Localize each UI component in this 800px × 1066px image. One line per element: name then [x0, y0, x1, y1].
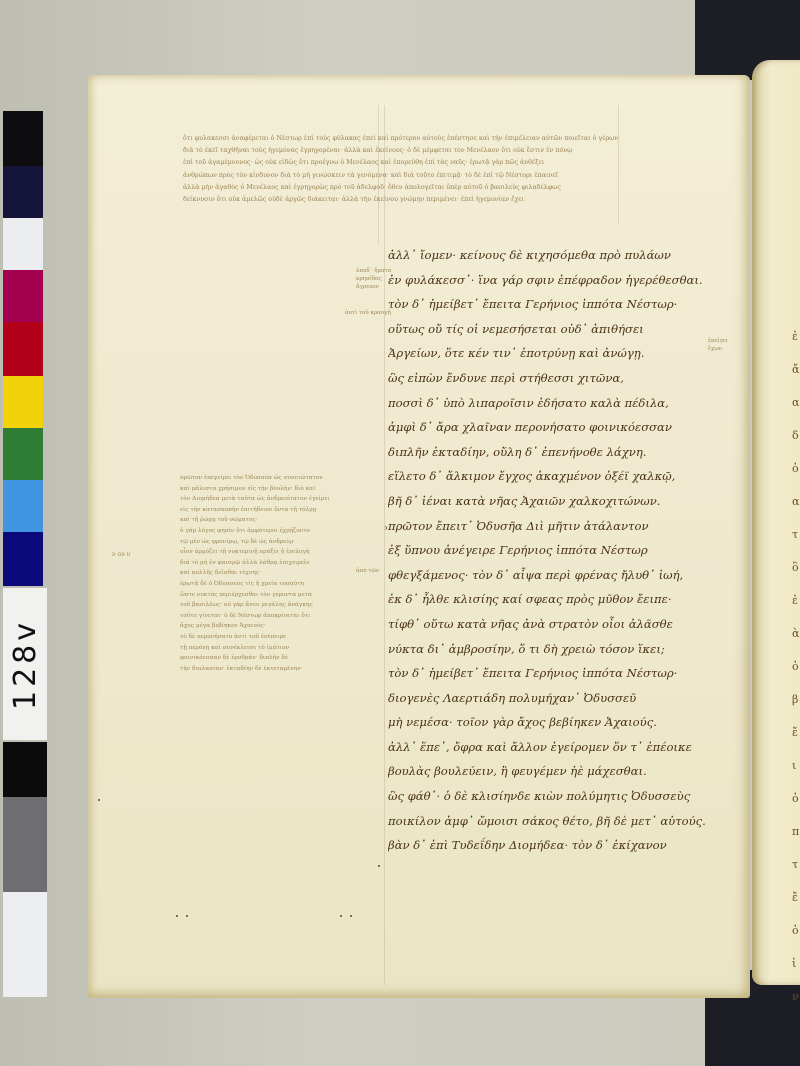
scholia-line: ἀνθρώπων πρὸς τὸν κίνδυνον διὰ τὸ μὴ γιν…: [183, 170, 723, 182]
verse-line: νύκτα δι᾽ ἀμβροσίην, ὅ τι δὴ χρειὼ τόσον…: [388, 637, 758, 662]
scholia-line: οἷον ἀρμόζει τῇ νυκτερινῇ πράξει ἡ ἐπιλο…: [180, 547, 360, 558]
scholia-line: τῇ περόνῃ καὶ συνέκλεισε τὸ ἱμάτιον: [180, 643, 360, 654]
scholia-line: πρῶτον ἐπεγείρει τὸν Ὀδυσσέα ὡς συνετώτα…: [180, 473, 360, 484]
scholia-line: τοῦ βασιλέως· οὐ γὰρ ἄνευ μεγάλης ἀνάγκη…: [180, 600, 360, 611]
facing-page-letter: ὁ: [792, 650, 799, 683]
facing-page-letter: ἐ: [792, 320, 799, 353]
swatch-dark-navy: [3, 166, 43, 218]
scholia-line: τὸν Διομήδεα μετὰ ταῦτα ὡς ἀνδρειότατον …: [180, 494, 360, 505]
verse-line: οὕτως οὔ τίς οἱ νεμεσήσεται οὐδ᾽ ἀπιθήσε…: [388, 317, 758, 342]
facing-page-letter: ὰ: [792, 617, 799, 650]
swatch-magenta: [3, 270, 43, 322]
scholia-line: τὸ δὲ περονήσατο ἀντὶ τοῦ ἐνέπειρε: [180, 632, 360, 643]
verse-line: ὣς εἰπὼν ἔνδυνε περὶ στήθεσσι χιτῶνα,: [388, 366, 758, 391]
scholia-line: εἰς τὴν κατασκοπὴν ἐπιτήδειον ὄντα τῇ τό…: [180, 505, 360, 516]
facing-page-letter: ἱ: [792, 947, 799, 980]
top-scholia: ὅτι φυλακεσσι ἀναφέρεται ὁ Νέστωρ ἐπὶ το…: [183, 133, 723, 206]
verse-line: βῆ δ᾽ ἰέναι κατὰ νῆας Ἀχαιῶν χαλκοχιτώνω…: [388, 489, 758, 514]
scholia-line: ὁ γὰρ λόγος φησὶν ὅτι ἀμφότεροι ἐχρῄζοντ…: [180, 526, 360, 537]
verse-line: βουλὰς βουλεύειν, ἢ φευγέμεν ἠὲ μάχεσθαι…: [388, 759, 758, 784]
swatch-grey: [3, 797, 47, 892]
verse-line: ἐκ δ᾽ ἦλθε κλισίης καί σφεας πρὸς μῦθον …: [388, 587, 758, 612]
facing-page-edge: ἐἄαδὁατὃἐὰὁβἔιὁπτἔὁἱν: [752, 60, 800, 985]
scholia-line: φοινικόεσσαν δὲ ἐρυθράν· διπλῆν δὲ: [180, 653, 360, 664]
facing-page-letter: ἄ: [792, 353, 799, 386]
scholia-line: τοῦτο γίνεται· ὁ δὲ Νέστωρ ἀποκρίνεται ὅ…: [180, 611, 360, 622]
verse-line: εἵλετο δ᾽ ἄλκιμον ἔγχος ἀκαχμένον ὀξέϊ χ…: [388, 464, 758, 489]
scholia-line: ἐρωτᾷ δὲ ὁ Ὀδυσσεὺς τίς ἡ χρεία τοσαύτη: [180, 579, 360, 590]
verse-line: βὰν δ᾽ ἐπὶ Τυδεΐδην Διομήδεα· τὸν δ᾽ ἐκί…: [388, 833, 758, 858]
verse-line: τίφθ᾽ οὕτω κατὰ νῆας ἀνὰ στρατὸν οἶοι ἀλ…: [388, 612, 758, 637]
swatch-navy-blue: [3, 532, 43, 586]
prick-mark: [176, 915, 178, 917]
verse-line: πρῶτον ἔπειτ᾽ Ὀδυσῆα Διὶ μῆτιν ἀτάλαντον: [388, 514, 758, 539]
verse-line: φθεγξάμενος· τὸν δ᾽ αἶψα περὶ φρένας ἤλυ…: [388, 563, 758, 588]
facing-page-letter: ι: [792, 749, 799, 782]
scholia-line: καὶ τῇ ῥώμῃ τοῦ σώματος·: [180, 515, 360, 526]
facing-page-letter: τ: [792, 518, 799, 551]
scholia-line: ἀλλὰ μὴν ἀγαθὸς ὁ Μενέλαος καὶ ἐγρηγορὼς…: [183, 182, 723, 194]
color-calibration-bar: [3, 111, 43, 586]
ruling-line: [384, 105, 385, 985]
prick-mark: [340, 915, 342, 917]
ink-dot: [378, 865, 380, 867]
main-text-column: ἀλλ᾽ ἴομεν· κείνους δὲ κιχησόμεθα πρὸ πυ…: [388, 243, 758, 858]
facing-page-letter: ὃ: [792, 551, 799, 584]
facing-page-letter: β: [792, 683, 799, 716]
scholia-line: ἄχος μέγα βεβίηκεν Ἀχαιούς·: [180, 621, 360, 632]
scholia-line: τῷ μὲν ὡς φρονίμῳ, τῷ δὲ ὡς ἀνδρείῳ·: [180, 537, 360, 548]
verse-line: διογενὲς Λαερτιάδη πολυμήχαν᾽ Ὀδυσσεῦ: [388, 686, 758, 711]
scholia-line: διὰ τὸ μὴ ἐν φανερῷ ἀλλὰ λάθρᾳ ἐπιχειρεῖ…: [180, 558, 360, 569]
verse-line: τὸν δ᾽ ἠμείβετ᾽ ἔπειτα Γερήνιος ἱππότα Ν…: [388, 661, 758, 686]
scholia-line: ὅτι φυλακεσσι ἀναφέρεται ὁ Νέστωρ ἐπὶ το…: [183, 133, 723, 145]
margin-note-mark: ν ου ν: [112, 551, 130, 558]
scholia-line: καὶ πολλῆς δεῖσθαι τέχνης·: [180, 568, 360, 579]
scholia-line: ἐπὶ τοῦ ἀγαμέμνονος· ὡς οὐκ εἰδὼς ὅτι πρ…: [183, 157, 723, 169]
facing-page-letter: δ: [792, 419, 799, 452]
swatch-black: [3, 111, 43, 166]
verse-line: τὸν δ᾽ ἠμείβετ᾽ ἔπειτα Γερήνιος ἱππότα Ν…: [388, 292, 758, 317]
facing-page-letter: ὁ: [792, 782, 799, 815]
verse-line: διπλῆν ἐκταδίην, οὔλη δ᾽ ἐπενήνοθε λάχνη…: [388, 440, 758, 465]
facing-page-text: ἐἄαδὁατὃἐὰὁβἔιὁπτἔὁἱν: [792, 320, 799, 1013]
verse-line: ἀμφὶ δ᾽ ἄρα χλαῖναν περονήσατο φοινικόεσ…: [388, 415, 758, 440]
scholia-line: ὥστε νυκτὸς περιέρχεσθαι τὸν γέροντα μετ…: [180, 590, 360, 601]
interlinear-gloss: ἀντὶ τοῦ κραυγῇ: [345, 309, 391, 317]
scholia-line: καὶ μάλιστα χρήσιμον εἰς τὴν βουλήν· διὸ…: [180, 484, 360, 495]
swatch-white: [3, 218, 43, 270]
swatch-yellow: [3, 376, 43, 428]
swatch-green: [3, 428, 43, 480]
facing-page-letter: ἔ: [792, 881, 799, 914]
verse-line: ἐν φυλάκεσσ᾽· ἵνα γάρ σφιν ἐπέφραδον ἠγε…: [388, 268, 758, 293]
verse-line: ἀλλ᾽ ἕπε᾽, ὄφρα καὶ ἄλλον ἐγείρομεν ὅν τ…: [388, 735, 758, 760]
verse-line: ποικίλον ἀμφ᾽ ὤμοισι σάκος θέτο, βῆ δὲ μ…: [388, 809, 758, 834]
folio-label-card: 128v: [3, 588, 47, 740]
verse-line: Ἀργείων, ὅτε κέν τιν᾽ ἐποτρύνῃ καὶ ἀνώγῃ…: [388, 341, 758, 366]
prick-mark: [186, 915, 188, 917]
interlinear-gloss: ὑποδ᾽ ἤματα κρηπῖδας ἄγρευον: [356, 267, 391, 291]
verse-line: μὴ νεμέσα· τοῖον γὰρ ἄχος βεβίηκεν Ἀχαιο…: [388, 710, 758, 735]
facing-page-letter: α: [792, 386, 799, 419]
facing-page-letter: π: [792, 815, 799, 848]
swatch-white: [3, 892, 47, 997]
gloss-text: ἀντὶ τοῦ κραυγῇ: [345, 309, 391, 317]
gloss-text: ἄγρευον: [356, 283, 391, 291]
facing-page-letter: ὁ: [792, 452, 799, 485]
verse-line: ποσσὶ δ᾽ ὑπὸ λιπαροῖσιν ἐδήσατο καλὰ πέδ…: [388, 391, 758, 416]
swatch-light-blue: [3, 480, 43, 532]
scholia-line: τὴν διπλασίαν· ἐκταδίην δὲ ἐκτεταμένην·: [180, 664, 360, 675]
verse-line: ἀλλ᾽ ἴομεν· κείνους δὲ κιχησόμεθα πρὸ πυ…: [388, 243, 758, 268]
gloss-text: ὑποδ᾽ ἤματα: [356, 267, 391, 275]
facing-page-letter: ἐ: [792, 584, 799, 617]
facing-page-letter: ν: [792, 980, 799, 1013]
swatch-black: [3, 742, 47, 797]
verse-line: ὣς φάθ᾽· ὁ δὲ κλισίηνδε κιὼν πολύμητις Ὀ…: [388, 784, 758, 809]
verse-line: ἐξ ὕπνου ἀνέγειρε Γερήνιος ἱππότα Νέστωρ: [388, 538, 758, 563]
line-marker-sign: ›: [384, 523, 388, 534]
ink-dot: [98, 799, 100, 801]
facing-page-letter: ἔ: [792, 716, 799, 749]
facing-page-letter: α: [792, 485, 799, 518]
scholia-line: διὰ τὸ ἐκεῖ ταχθῆναι τοὺς ἡγεμόνας ἐγρηγ…: [183, 145, 723, 157]
facing-page-letter: τ: [792, 848, 799, 881]
gloss-text: κρηπῖδας: [356, 275, 391, 283]
left-marginal-scholia: πρῶτον ἐπεγείρει τὸν Ὀδυσσέα ὡς συνετώτα…: [180, 473, 360, 674]
prick-mark: [350, 915, 352, 917]
scholia-line: δείκνυσιν ὅτι οὐκ ἀμελῶς οὐδὲ ἀργῶς διάκ…: [183, 194, 723, 206]
manuscript-folio: ὅτι φυλακεσσι ἀναφέρεται ὁ Νέστωρ ἐπὶ το…: [88, 75, 750, 998]
swatch-red: [3, 322, 43, 376]
folio-label: 128v: [8, 618, 43, 709]
facing-page-letter: ὁ: [792, 914, 799, 947]
